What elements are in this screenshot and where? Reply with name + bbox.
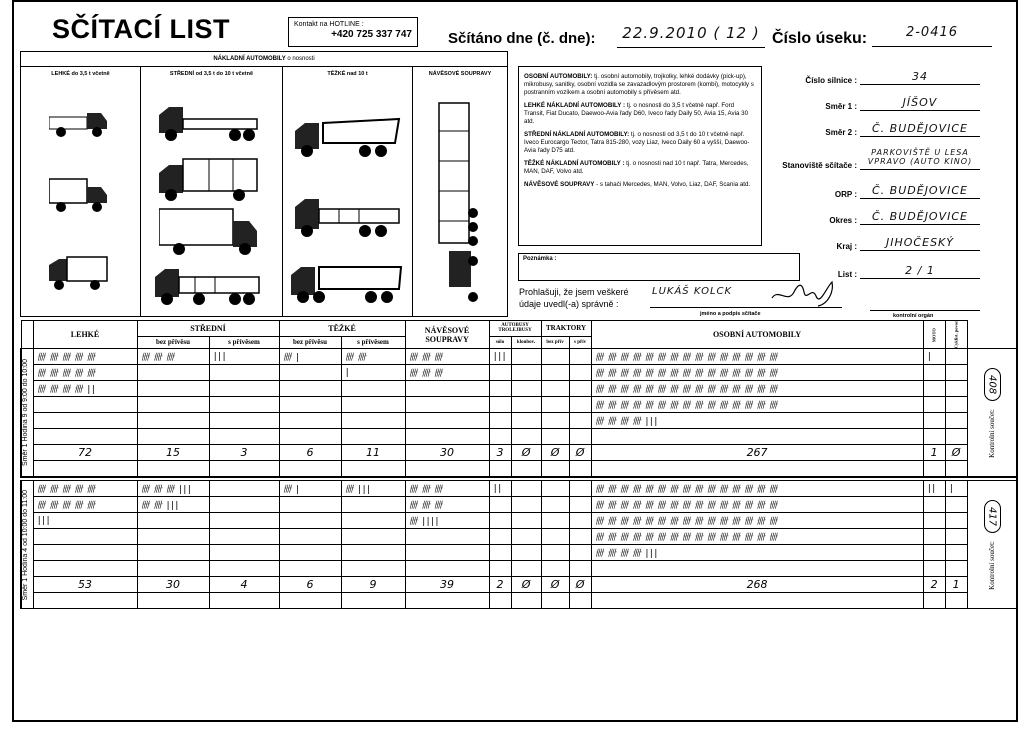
tally-cell[interactable] (137, 397, 209, 413)
total-cell[interactable]: 267 (591, 445, 923, 461)
blank-cell[interactable] (945, 461, 967, 477)
vehicle-column-heavy: TĚŽKÉ nad 10 t (283, 67, 413, 317)
blank-cell[interactable] (405, 461, 489, 477)
tally-cell[interactable] (209, 413, 279, 429)
total-cell[interactable]: 53 (33, 577, 137, 593)
dump-truck-icon (295, 117, 401, 157)
tally-cell[interactable]: ||| (489, 349, 511, 365)
road-number-field[interactable]: Číslo silnice :34 (760, 68, 980, 85)
blank-cell[interactable] (569, 593, 591, 609)
tally-cell[interactable] (923, 381, 945, 397)
tally-cell[interactable]: 卌 |||| (405, 513, 489, 529)
tally-cell[interactable] (341, 429, 405, 445)
tally-cell[interactable]: 卌 卌 卌 (405, 481, 489, 497)
tally-cell[interactable] (341, 381, 405, 397)
direction-2-field[interactable]: Směr 2 :Č. BUDĚJOVICE (760, 120, 980, 137)
tally-cell[interactable]: 卌 卌 卌 (405, 349, 489, 365)
small-box-truck-icon (49, 255, 109, 293)
total-cell[interactable]: 72 (33, 445, 137, 461)
header-cars: OSOBNÍ AUTOMOBILY (591, 321, 923, 349)
vehicle-column-semi: NÁVĚSOVÉ SOUPRAVY (413, 67, 507, 317)
tally-cell[interactable] (137, 429, 209, 445)
hotline-number[interactable]: +420 725 337 747 (294, 29, 412, 40)
blank-cell[interactable] (511, 593, 541, 609)
tally-cell[interactable] (541, 365, 569, 381)
tally-cell[interactable] (945, 429, 967, 445)
tally-cell[interactable] (569, 413, 591, 429)
vehicle-panel-heading: NÁKLADNÍ AUTOMOBILY o nosnosti (21, 52, 507, 67)
tally-cell[interactable]: 卌 卌 卌 卌 卌 卌 卌 卌 卌 卌 卌 卌 卌 卌 卌 (591, 381, 923, 397)
side-header (21, 321, 33, 349)
legend-item: STŘEDNÍ NÁKLADNÍ AUTOMOBILY: tj. o nosno… (524, 131, 756, 155)
vehicle-category-panel: NÁKLADNÍ AUTOMOBILY o nosnosti LEHKÉ do … (20, 51, 508, 317)
pickup-truck-icon (49, 107, 109, 139)
legend-item: LEHKÉ NÁKLADNÍ AUTOMOBILY : tj. o nosnos… (524, 102, 756, 126)
tally-cell[interactable] (541, 545, 569, 561)
trailer-truck-icon (155, 263, 265, 307)
total-cell[interactable]: 2 (923, 577, 945, 593)
legend-item: OSOBNÍ AUTOMOBILY: tj. osobní automobily… (524, 73, 756, 97)
tally-cell[interactable] (923, 429, 945, 445)
tally-cell[interactable] (341, 513, 405, 529)
signer-name: LUKÁŠ KOLCK (652, 286, 732, 297)
hotline-box: Kontakt na HOTLINE : +420 725 337 747 (288, 17, 418, 47)
tally-cell[interactable] (541, 513, 569, 529)
blank-cell[interactable] (209, 593, 279, 609)
tally-cell[interactable] (405, 397, 489, 413)
tally-cell[interactable] (209, 529, 279, 545)
tally-cell[interactable] (137, 561, 209, 577)
tally-cell[interactable]: 卌 卌 卌 (137, 349, 209, 365)
tally-cell[interactable] (945, 365, 967, 381)
control-organ-line (870, 310, 980, 311)
subheader-tractor-no-trailer: bez přív (541, 336, 569, 349)
box-truck-icon (159, 207, 259, 255)
header-medium: STŘEDNÍ (137, 321, 279, 337)
tally-cell[interactable]: 卌 卌 卌 卌 卌 卌 卌 卌 卌 卌 卌 卌 卌 卌 卌 (591, 529, 923, 545)
tally-cell[interactable] (945, 349, 967, 365)
blank-cell[interactable] (923, 593, 945, 609)
subheader-medium-trailer: s přívěsem (209, 336, 279, 349)
blank-cell[interactable] (541, 593, 569, 609)
tally-cell[interactable] (569, 365, 591, 381)
header-heavy: TĚŽKÉ (279, 321, 405, 337)
tally-cell[interactable] (33, 429, 137, 445)
tally-cell[interactable] (405, 545, 489, 561)
blank-cell[interactable] (945, 593, 967, 609)
tally-cell[interactable] (279, 413, 341, 429)
total-cell[interactable]: 1 (923, 445, 945, 461)
tally-cell[interactable]: 卌 卌 卌 卌 ||| (591, 413, 923, 429)
tally-cell[interactable] (945, 413, 967, 429)
tally-cell[interactable] (511, 529, 541, 545)
tally-cell[interactable] (541, 481, 569, 497)
tally-row: 卌 卌 卌 卌 卌|卌 卌 卌卌 卌 卌 卌 卌 卌 卌 卌 卌 卌 卌 卌 卌… (21, 365, 1017, 381)
tally-row: 卌 卌 卌 卌 卌 卌 卌 卌 卌 卌 卌 卌 卌 卌 卌 (21, 529, 1017, 545)
tally-cell[interactable]: 卌 卌 (341, 349, 405, 365)
tally-cell[interactable] (209, 365, 279, 381)
tally-cell[interactable] (541, 497, 569, 513)
tally-cell[interactable] (341, 545, 405, 561)
legend-item: TĚŽKÉ NÁKLADNÍ AUTOMOBILY : tj. o nosnos… (524, 160, 756, 176)
tally-cell[interactable] (279, 561, 341, 577)
flatbed-truck-icon (159, 105, 259, 141)
date-field[interactable]: 22.9.2010 ( 12 ) (617, 24, 765, 48)
tally-cell[interactable] (541, 397, 569, 413)
tally-cell[interactable] (279, 397, 341, 413)
tally-cell[interactable] (137, 365, 209, 381)
total-cell[interactable]: Ø (569, 445, 591, 461)
blank-row (21, 593, 1017, 609)
tally-row (21, 429, 1017, 445)
tally-cell[interactable] (279, 429, 341, 445)
subheader-heavy-trailer: s přívěsem (341, 336, 405, 349)
tally-cell[interactable] (923, 545, 945, 561)
header-tractors: TRAKTORY (541, 321, 591, 337)
declaration-text: Prohlašuji, že jsem veškeré údaje uvedl(… (519, 286, 629, 310)
control-sum-cell: 408Kontrolní součet: (967, 349, 1017, 477)
tally-cell[interactable] (945, 513, 967, 529)
tally-row: 卌 卌 卌 卌 卌 卌 卌 卌 卌 卌 卌 卌 卌 卌 卌 (21, 397, 1017, 413)
sheet-number-field[interactable]: List :2 / 1 (760, 262, 980, 279)
control-sum-cell: 417Kontrolní součet: (967, 481, 1017, 609)
blank-cell[interactable] (405, 593, 489, 609)
tally-cell[interactable] (569, 381, 591, 397)
tally-row: 卌 卌 卌 卌 ||| (21, 413, 1017, 429)
tally-cell[interactable] (489, 381, 511, 397)
tally-cell[interactable] (341, 497, 405, 513)
tally-cell[interactable]: | (945, 481, 967, 497)
tally-cell[interactable] (541, 381, 569, 397)
tally-cell[interactable] (489, 497, 511, 513)
total-cell[interactable]: 30 (405, 445, 489, 461)
tally-cell[interactable] (137, 413, 209, 429)
vehicle-definitions-legend: OSOBNÍ AUTOMOBILY: tj. osobní automobily… (518, 66, 762, 246)
tally-cell[interactable]: | (341, 365, 405, 381)
tally-cell[interactable] (33, 529, 137, 545)
tally-row: 卌 卌 卌 卌 ||| (21, 545, 1017, 561)
total-cell[interactable]: 39 (405, 577, 489, 593)
tally-cell[interactable] (945, 561, 967, 577)
note-field[interactable]: Poznámka : (518, 253, 800, 281)
tally-cell[interactable] (511, 481, 541, 497)
tally-row (21, 561, 1017, 577)
tally-cell[interactable] (33, 413, 137, 429)
header-buses: AUTOBUSY TROLEJBUSY (489, 321, 541, 337)
tally-cell[interactable]: 卌 卌 卌 卌 卌 卌 卌 卌 卌 卌 卌 卌 卌 卌 卌 (591, 513, 923, 529)
tally-cell[interactable] (923, 513, 945, 529)
tally-cell[interactable] (569, 349, 591, 365)
tally-cell[interactable] (209, 481, 279, 497)
tally-cell[interactable] (569, 481, 591, 497)
tally-cell[interactable] (511, 429, 541, 445)
tally-cell[interactable] (591, 429, 923, 445)
tally-cell[interactable]: 卌 卌 ||| (137, 497, 209, 513)
tally-cell[interactable] (405, 561, 489, 577)
tally-cell[interactable]: 卌 卌 卌 卌 卌 (33, 481, 137, 497)
tally-cell[interactable]: 卌 卌 卌 卌 卌 (33, 349, 137, 365)
header-moto: MOTO (923, 321, 945, 349)
heavy-flatbed-truck-icon (295, 197, 401, 237)
tally-cell[interactable] (137, 529, 209, 545)
counter-location-field[interactable]: Stanoviště sčítače :PARKOVIŠTĚ U LESA VP… (760, 148, 980, 170)
direction-1-field[interactable]: Směr 1 :JÍŠOV (760, 94, 980, 111)
tally-cell[interactable] (137, 545, 209, 561)
tally-cell[interactable]: ||| (209, 349, 279, 365)
tally-cell[interactable] (541, 529, 569, 545)
tally-cell[interactable] (569, 429, 591, 445)
legend-item: NÁVĚSOVÉ SOUPRAVY - s tahači Mercedes, M… (524, 181, 756, 189)
tally-cell[interactable] (489, 397, 511, 413)
tally-cell[interactable] (279, 365, 341, 381)
tally-cell[interactable] (209, 545, 279, 561)
tally-cell[interactable] (511, 561, 541, 577)
tally-row: 卌 卌 卌 卌 卌卌 卌 |||卌 卌 卌卌 卌 卌 卌 卌 卌 卌 卌 卌 卌… (21, 497, 1017, 513)
tally-grid: LEHKÉ STŘEDNÍ TĚŽKÉ NÁVĚSOVÉ SOUPRAVY AU… (20, 320, 1016, 722)
tally-cell[interactable] (591, 561, 923, 577)
tally-cell[interactable] (945, 397, 967, 413)
total-cell[interactable]: 3 (489, 445, 511, 461)
tally-cell[interactable] (209, 561, 279, 577)
total-cell[interactable]: 2 (489, 577, 511, 593)
tally-cell[interactable] (923, 561, 945, 577)
tally-cell[interactable] (923, 365, 945, 381)
tally-cell[interactable] (945, 529, 967, 545)
tally-cell[interactable] (279, 545, 341, 561)
tally-cell[interactable] (341, 413, 405, 429)
tally-cell[interactable]: ||| (33, 513, 137, 529)
tally-row: 卌 卌 卌 卌 ||卌 卌 卌 卌 卌 卌 卌 卌 卌 卌 卌 卌 卌 卌 卌 (21, 381, 1017, 397)
subheader-medium-no-trailer: bez přívěsu (137, 336, 209, 349)
tally-cell[interactable] (511, 513, 541, 529)
tally-cell[interactable] (489, 413, 511, 429)
tally-cell[interactable] (489, 365, 511, 381)
hour-block-label: Směr 1 Hodina 4 od 10:00 do 11:00 (21, 481, 33, 609)
tally-cell[interactable] (279, 381, 341, 397)
tally-cell[interactable] (33, 545, 137, 561)
blank-cell[interactable] (341, 461, 405, 477)
blank-cell[interactable] (33, 461, 137, 477)
control-sum-header (967, 321, 1017, 349)
tally-cell[interactable] (341, 397, 405, 413)
tally-cell[interactable]: 卌 | (279, 349, 341, 365)
tally-cell[interactable] (569, 497, 591, 513)
tally-cell[interactable] (569, 529, 591, 545)
tally-cell[interactable]: 卌 卌 卌 卌 ||| (591, 545, 923, 561)
box-van-icon (49, 177, 109, 215)
tally-cell[interactable] (137, 381, 209, 397)
total-cell[interactable]: 30 (137, 577, 209, 593)
subheader-bus-solo: sólo (489, 336, 511, 349)
tally-cell[interactable] (923, 529, 945, 545)
tally-cell[interactable] (923, 413, 945, 429)
tally-cell[interactable] (569, 545, 591, 561)
control-sum-value[interactable]: 408 (984, 368, 1001, 401)
tally-cell[interactable]: 卌 卌 卌 卌 卌 卌 卌 卌 卌 卌 卌 卌 卌 卌 卌 (591, 349, 923, 365)
control-sum-label: Kontrolní součet: (988, 541, 996, 590)
blank-cell[interactable] (341, 593, 405, 609)
tally-cell[interactable]: 卌 卌 卌 卌 卌 (33, 365, 137, 381)
total-cell[interactable]: 1 (945, 577, 967, 593)
tally-cell[interactable] (945, 497, 967, 513)
blank-row (21, 461, 1017, 477)
tally-cell[interactable] (489, 529, 511, 545)
tally-cell[interactable]: || (923, 481, 945, 497)
tally-table: LEHKÉ STŘEDNÍ TĚŽKÉ NÁVĚSOVÉ SOUPRAVY AU… (20, 320, 1018, 609)
tally-cell[interactable] (569, 561, 591, 577)
blank-cell[interactable] (489, 461, 511, 477)
tally-cell[interactable]: 卌 ||| (341, 481, 405, 497)
tally-cell[interactable] (511, 397, 541, 413)
blank-cell[interactable] (137, 461, 209, 477)
tally-row: Směr 1 Hodina 9 od 9:00 do 10:00卌 卌 卌 卌 … (21, 349, 1017, 365)
signature-icon (768, 278, 838, 310)
total-cell[interactable]: 6 (279, 577, 341, 593)
tally-cell[interactable] (541, 413, 569, 429)
totals-row: 5330469392ØØØ26821 (21, 577, 1017, 593)
total-cell[interactable]: Ø (511, 445, 541, 461)
tally-cell[interactable]: 卌 卌 卌 ||| (137, 481, 209, 497)
tally-cell[interactable]: | (923, 349, 945, 365)
total-cell[interactable]: 9 (341, 577, 405, 593)
tally-cell[interactable] (489, 513, 511, 529)
subheader-heavy-no-trailer: bez přívěsu (279, 336, 341, 349)
tally-cell[interactable] (33, 561, 137, 577)
date-label: Sčítáno dne (č. dne): (448, 30, 596, 47)
tally-cell[interactable] (511, 497, 541, 513)
tally-cell[interactable] (209, 513, 279, 529)
blank-cell[interactable] (923, 461, 945, 477)
tally-cell[interactable] (511, 349, 541, 365)
header-light: LEHKÉ (33, 321, 137, 349)
blank-cell[interactable] (591, 593, 923, 609)
tally-cell[interactable]: 卌 卌 卌 卌 || (33, 381, 137, 397)
control-organ-caption: kontrolní orgán (893, 313, 933, 319)
control-sum-value[interactable]: 417 (984, 500, 1001, 533)
tally-cell[interactable] (405, 413, 489, 429)
tally-row: Směr 1 Hodina 4 od 10:00 do 11:00卌 卌 卌 卌… (21, 481, 1017, 497)
box-truck-icon (159, 157, 259, 201)
signer-caption: jméno a podpis sčítače (700, 311, 761, 317)
total-cell[interactable]: 4 (209, 577, 279, 593)
total-cell[interactable]: 15 (137, 445, 209, 461)
tally-cell[interactable] (489, 561, 511, 577)
tally-cell[interactable] (405, 529, 489, 545)
tally-cell[interactable] (511, 365, 541, 381)
subheader-tractor-trailer: s přív (569, 336, 591, 349)
tally-cell[interactable]: 卌 卌 卌 卌 卌 卌 卌 卌 卌 卌 卌 卌 卌 卌 卌 (591, 481, 923, 497)
blank-cell[interactable] (541, 461, 569, 477)
vehicle-column-medium: STŘEDNÍ od 3,5 t do 10 t včetně (141, 67, 283, 317)
tally-cell[interactable] (405, 429, 489, 445)
total-cell[interactable]: 268 (591, 577, 923, 593)
tally-cell[interactable] (209, 397, 279, 413)
blank-cell[interactable] (511, 461, 541, 477)
tally-cell[interactable]: 卌 | (279, 481, 341, 497)
tally-cell[interactable]: 卌 卌 卌 (405, 497, 489, 513)
signer-field[interactable]: LUKÁŠ KOLCK (650, 284, 842, 308)
tally-cell[interactable] (945, 545, 967, 561)
district-field[interactable]: Okres :Č. BUDĚJOVICE (760, 208, 980, 225)
total-cell[interactable]: Ø (511, 577, 541, 593)
tally-cell[interactable] (541, 429, 569, 445)
tally-cell[interactable] (405, 381, 489, 397)
tally-cell[interactable] (511, 545, 541, 561)
tally-cell[interactable] (209, 381, 279, 397)
blank-cell[interactable] (279, 461, 341, 477)
total-cell[interactable]: Ø (541, 445, 569, 461)
vehicle-column-light: LEHKÉ do 3,5 t včetně (21, 67, 141, 317)
tally-cell[interactable] (511, 381, 541, 397)
tally-cell[interactable]: 卌 卌 卌 卌 卌 卌 卌 卌 卌 卌 卌 卌 卌 卌 卌 (591, 365, 923, 381)
blank-cell[interactable] (591, 461, 923, 477)
semi-trailer-icon (435, 101, 485, 307)
blank-cell[interactable] (489, 593, 511, 609)
tally-cell[interactable]: 卌 卌 卌 卌 卌 (33, 497, 137, 513)
total-cell[interactable]: Ø (569, 577, 591, 593)
tally-cell[interactable] (541, 561, 569, 577)
total-cell[interactable]: Ø (945, 445, 967, 461)
tally-cell[interactable] (569, 397, 591, 413)
blank-cell[interactable] (279, 593, 341, 609)
heavy-dump-truck-icon (291, 263, 403, 303)
tally-cell[interactable] (341, 529, 405, 545)
total-cell[interactable]: 11 (341, 445, 405, 461)
region-field[interactable]: Kraj :JIHOČESKÝ (760, 234, 980, 251)
tally-row: |||卌 ||||卌 卌 卌 卌 卌 卌 卌 卌 卌 卌 卌 卌 卌 卌 卌 (21, 513, 1017, 529)
tally-cell[interactable] (489, 545, 511, 561)
totals-row: 72153611303ØØØ2671Ø (21, 445, 1017, 461)
total-cell[interactable]: 3 (209, 445, 279, 461)
hour-block-label: Směr 1 Hodina 9 od 9:00 do 10:00 (21, 349, 33, 477)
header-semi: NÁVĚSOVÉ SOUPRAVY (405, 321, 489, 349)
tally-cell[interactable] (511, 413, 541, 429)
form-title: SČÍTACÍ LIST (52, 14, 230, 45)
tally-cell[interactable]: 卌 卌 卌 (405, 365, 489, 381)
tally-cell[interactable] (923, 397, 945, 413)
tally-cell[interactable]: || (489, 481, 511, 497)
blank-cell[interactable] (137, 593, 209, 609)
subheader-bus-articulated: kloubov. (511, 336, 541, 349)
tally-cell[interactable]: 卌 卌 卌 卌 卌 卌 卌 卌 卌 卌 卌 卌 卌 卌 卌 (591, 497, 923, 513)
tally-cell[interactable] (279, 497, 341, 513)
blank-cell[interactable] (209, 461, 279, 477)
header-cyclists: Cyklist. povoz (945, 321, 967, 349)
tally-cell[interactable] (541, 349, 569, 365)
hotline-label: Kontakt na HOTLINE : (294, 21, 412, 28)
blank-cell[interactable] (33, 593, 137, 609)
tally-cell[interactable] (923, 497, 945, 513)
tally-cell[interactable] (569, 513, 591, 529)
note-label: Poznámka : (523, 256, 556, 262)
total-cell[interactable]: 6 (279, 445, 341, 461)
blank-cell[interactable] (569, 461, 591, 477)
orp-field[interactable]: ORP :Č. BUDĚJOVICE (760, 182, 980, 199)
total-cell[interactable]: Ø (541, 577, 569, 593)
tally-cell[interactable] (209, 497, 279, 513)
tally-cell[interactable]: 卌 卌 卌 卌 卌 卌 卌 卌 卌 卌 卌 卌 卌 卌 卌 (591, 397, 923, 413)
tally-cell[interactable] (341, 561, 405, 577)
tally-cell[interactable] (489, 429, 511, 445)
control-sum-label: Kontrolní součet: (988, 409, 996, 458)
section-number-field[interactable]: 2-0416 (872, 25, 992, 47)
tally-cell[interactable] (279, 529, 341, 545)
tally-cell[interactable] (945, 381, 967, 397)
tally-cell[interactable] (33, 397, 137, 413)
tally-cell[interactable] (279, 513, 341, 529)
tally-cell[interactable] (209, 429, 279, 445)
tally-cell[interactable] (137, 513, 209, 529)
